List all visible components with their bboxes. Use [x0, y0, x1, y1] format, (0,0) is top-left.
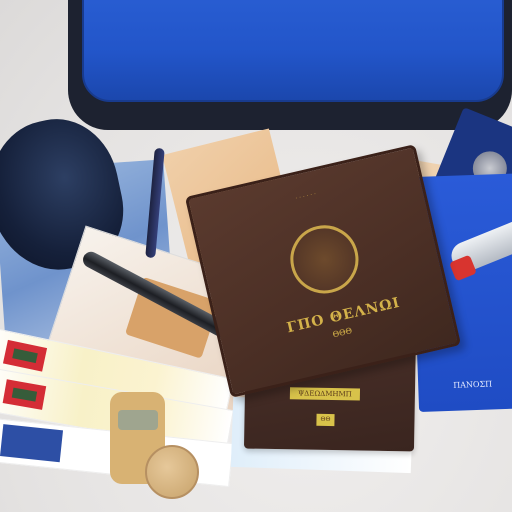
- ticket-flag: [0, 424, 63, 462]
- suitcase-lid: [82, 0, 504, 102]
- blue-passport-text: ΠΑΝΟΣΠ: [453, 379, 492, 389]
- coin-top: [118, 410, 158, 430]
- ticket-stripe: [3, 379, 47, 410]
- passport-tiny-text: · · · · · ·: [261, 183, 350, 210]
- coin: [145, 445, 199, 499]
- ticket-stripe: [3, 340, 47, 372]
- second-passport-label: ΨΔΕΩΔΜΗΜΠ: [290, 387, 360, 400]
- passport-emblem: [284, 219, 366, 301]
- second-passport-num: ΘΘ: [316, 414, 334, 426]
- travel-items-photo: ΠΑΝΟΣΠ ΨΔΕΩΔΜΗΜΠ ΘΘ · · · · · · ΓΠΟ ΘΕΛΝ…: [0, 0, 512, 512]
